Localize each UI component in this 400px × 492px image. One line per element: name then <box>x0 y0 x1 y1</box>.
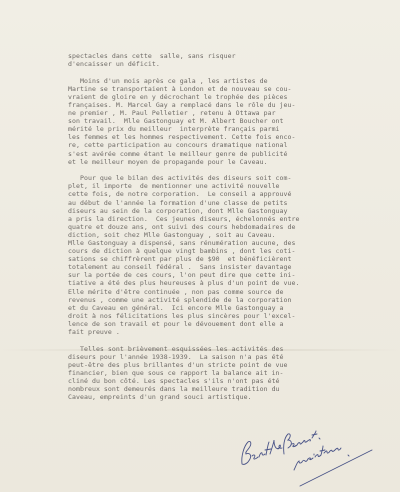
text-line: au début de l'année la formation d'une c… <box>68 199 368 207</box>
text-line: quatre et douze ans, ont suivi des cours… <box>68 223 368 231</box>
text-line: Telles sont brièvement esquissées les ac… <box>68 345 368 353</box>
text-line: financier, bien que sous ce rapport la b… <box>68 369 368 377</box>
paragraph-2: Moins d'un mois après ce gala , les arti… <box>68 77 368 166</box>
text-line: lence de son travail et pour le dévoueme… <box>68 320 368 328</box>
paragraph-3: Pour que le bilan des activités des dise… <box>68 174 368 336</box>
paragraph-4: Telles sont brièvement esquissées les ac… <box>68 345 368 402</box>
text-line: cours de diction à quelque vingt bambins… <box>68 247 368 255</box>
text-line: spectacles dans cette salle, sans risque… <box>68 52 368 60</box>
paragraph-1: spectacles dans cette salle, sans risque… <box>68 52 368 68</box>
signature-strokes-icon <box>236 428 386 488</box>
text-line: tiative a été des plus heureuses à plus … <box>68 279 368 287</box>
text-line: a pris la direction. Ces jeunes diseurs,… <box>68 215 368 223</box>
text-line: mérité le prix du meilleur interprète fr… <box>68 125 368 133</box>
text-line: Pour que le bilan des activités des dise… <box>68 174 368 182</box>
text-line: Mlle Gastonguay a dispensé, sans rénumér… <box>68 239 368 247</box>
text-line: re, cette participation au concours dram… <box>68 141 368 149</box>
text-line: sations se chiffrèrent par plus de $90 e… <box>68 255 368 263</box>
text-line: diseurs au sein de la corporation, dont … <box>68 207 368 215</box>
text-line: fait preuve . <box>68 328 368 336</box>
text-line: diction, soit chez Mlle Gastonguay , soi… <box>68 231 368 239</box>
text-line: son travail. Mlle Gastonguay et M. Alber… <box>68 117 368 125</box>
text-line: Moins d'un mois après ce gala , les arti… <box>68 77 368 85</box>
text-line: peut-être des plus brillantes d'un stric… <box>68 361 368 369</box>
text-line: Elle mérite d'être continuée , non pas c… <box>68 288 368 296</box>
text-line: ne premier , M. Paul Pelletier , retenu … <box>68 109 368 117</box>
text-line: sur la portée de ces cours, l'on peut di… <box>68 271 368 279</box>
text-line: Caveau, empreints d'un grand souci artis… <box>68 393 368 401</box>
text-line: diseurs pour l'année 1938-1939. La saiso… <box>68 353 368 361</box>
text-line: nombreux sont demeurés dans la meilleure… <box>68 385 368 393</box>
text-line: françaises. M. Marcel Gay a remplacé dan… <box>68 101 368 109</box>
text-line: cliné du bon côté. Les spectacles s'ils … <box>68 377 368 385</box>
text-line: et du Caveau en général. Ici encore Mlle… <box>68 304 368 312</box>
text-line: cette fois, de notre corporation. Le con… <box>68 190 368 198</box>
text-line: Martine se transportaient à London et de… <box>68 85 368 93</box>
text-line: les femmes et les hommes respectivement.… <box>68 133 368 141</box>
text-line: revenus , comme une activité splendide d… <box>68 296 368 304</box>
text-line: vraient de gloire en y décrochant le tro… <box>68 93 368 101</box>
text-line: droit à nos félicitations les plus sincè… <box>68 312 368 320</box>
text-line: d'encaisser un déficit. <box>68 60 368 68</box>
text-line: et le meilleur moyen de propagande pour … <box>68 158 368 166</box>
text-line: plet, il importe de mentionner une activ… <box>68 182 368 190</box>
typed-letter-body: spectacles dans cette salle, sans risque… <box>68 52 368 401</box>
text-line: totalement au conseil fédéral . Sans ins… <box>68 263 368 271</box>
text-line: s'est avérée comme étant le meilleur gen… <box>68 150 368 158</box>
